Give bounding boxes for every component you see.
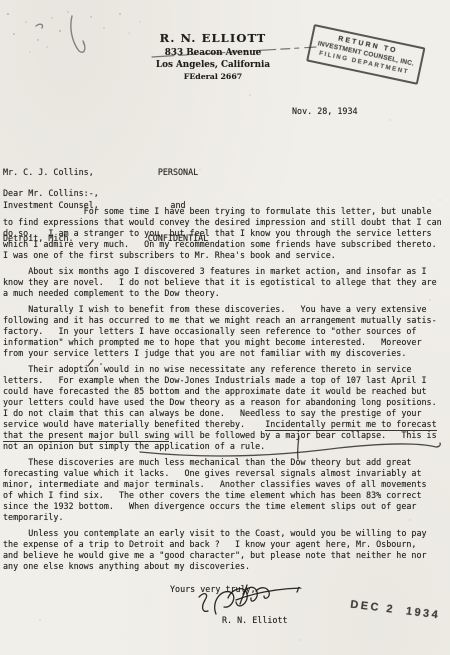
body-text: Naturally I wish to benefit from these d… <box>3 304 427 314</box>
recipient-line1: Mr. C. J. Collins, <box>3 167 99 178</box>
received-date-stamp: DEC 2 1934 <box>350 599 441 622</box>
body-text: from your service letters I judge that y… <box>3 348 406 358</box>
body-line: the expense of a trip to Detroit and bac… <box>3 539 449 550</box>
typed-signature: R. N. Elliott <box>222 615 288 626</box>
body-text: your letters could have used the Dow the… <box>3 397 437 407</box>
body-text: forecasting value which it lacks. One gi… <box>3 468 422 478</box>
body-text: to find expressions that would convey th… <box>3 217 442 227</box>
body-text: following and it has occurred to me that… <box>3 315 437 325</box>
body-text: service would have materially benefited … <box>3 419 265 429</box>
body-line: information" which prompted me to hope t… <box>3 337 449 348</box>
paragraph: For some time I have been trying to form… <box>3 206 449 261</box>
body-text: a much needed complement to the Dow theo… <box>3 288 220 298</box>
body-line: could have forecasted the 85 bottom and … <box>3 386 449 397</box>
body-line: that the present major bull swing will b… <box>3 430 449 441</box>
letterhead: R. N. ELLIOTT 833 Beacon Avenue Los Ange… <box>138 31 288 82</box>
confidential-line1: PERSONAL <box>143 167 213 178</box>
body-text: know they are novel. I do not believe th… <box>3 277 437 287</box>
body-line: These discoveries are much less mechanic… <box>3 457 449 468</box>
body-text: factory. In your letters I have occasion… <box>3 326 416 336</box>
body-line: Unless you contemplate an early visit to… <box>3 528 449 539</box>
paragraph: These discoveries are much less mechanic… <box>3 457 449 523</box>
letterhead-name: R. N. ELLIOTT <box>138 31 288 45</box>
body-line: I do not claim that this can always be d… <box>3 408 449 419</box>
body-text: do so. I am a stranger to you, but feel … <box>3 228 432 238</box>
body-line: temporarily. <box>3 512 449 523</box>
body-line: any one else knows anything about my dis… <box>3 561 449 572</box>
body-line: your letters could have used the Dow the… <box>3 397 449 408</box>
body-text: I do not claim that this can always be d… <box>3 408 422 418</box>
body-text: not an opinion but simply the applicatio… <box>3 441 265 451</box>
body-line: not an opinion but simply the applicatio… <box>3 441 449 452</box>
body-text: any one else knows anything about my dis… <box>3 561 250 571</box>
body-line: from your service letters I judge that y… <box>3 348 449 359</box>
letterhead-address-line1: 833 Beacon Avenue <box>138 48 288 60</box>
underlined-text: that the present major bull swing <box>3 430 169 442</box>
body-line: I was one of the first subscribers to Mr… <box>3 250 449 261</box>
body-line: of which I find six. The other covers th… <box>3 490 449 501</box>
paragraph: Unless you contemplate an early visit to… <box>3 528 449 572</box>
body-text: temporarily. <box>3 512 64 522</box>
body-line: About six months ago I discovered 3 feat… <box>3 266 449 277</box>
body-text: minor, intermediate and major terminals.… <box>3 479 427 489</box>
pencil-scribble-topleft <box>36 16 85 52</box>
body-text: of which I find six. The other covers th… <box>3 490 422 500</box>
paragraph: About six months ago I discovered 3 feat… <box>3 266 449 299</box>
letter-body: For some time I have been trying to form… <box>3 206 449 577</box>
body-text: letters. For example when the Dow-Jones … <box>3 375 427 385</box>
body-text: These discoveries are much less mechanic… <box>3 457 411 467</box>
date-line: Nov. 28, 1934 <box>292 106 358 117</box>
body-text: information" which prompted me to hope t… <box>3 337 422 347</box>
body-text: and believe he would give me a "good cha… <box>3 550 427 560</box>
body-text: I was one of the first subscribers to Mr… <box>3 250 336 260</box>
body-text: will be followed by a major bear collaps… <box>169 430 436 440</box>
letter-page: R. N. ELLIOTT 833 Beacon Avenue Los Ange… <box>0 0 450 655</box>
letterhead-phone: FEderal 2667 <box>138 71 288 82</box>
paragraph: Naturally I wish to benefit from these d… <box>3 304 449 359</box>
body-text: since the 1932 bottom. When divergence o… <box>3 501 416 511</box>
body-line: factory. In your letters I have occasion… <box>3 326 449 337</box>
body-line: and believe he would give me a "good cha… <box>3 550 449 561</box>
body-line: Naturally I wish to benefit from these d… <box>3 304 449 315</box>
body-line: forecasting value which it lacks. One gi… <box>3 468 449 479</box>
body-text: For some time I have been trying to form… <box>3 206 432 216</box>
body-line: letters. For example when the Dow-Jones … <box>3 375 449 386</box>
body-line: which I admire very much. On my recommen… <box>3 239 449 250</box>
body-line: Their adoption would in no wise necessit… <box>3 364 449 375</box>
body-line: a much needed complement to the Dow theo… <box>3 288 449 299</box>
body-line: following and it has occurred to me that… <box>3 315 449 326</box>
body-line: minor, intermediate and major terminals.… <box>3 479 449 490</box>
body-line: For some time I have been trying to form… <box>3 206 449 217</box>
underlined-text: Incidentally permit me to forecast <box>265 419 436 431</box>
body-text: could have forecasted the 85 bottom and … <box>3 386 427 396</box>
body-text: Unless you contemplate an early visit to… <box>3 528 427 538</box>
valediction: Yours very truly, <box>170 584 256 595</box>
body-text: which I admire very much. On my recommen… <box>3 239 437 249</box>
paragraph: Their adoption would in no wise necessit… <box>3 364 449 452</box>
body-line: to find expressions that would convey th… <box>3 217 449 228</box>
body-line: since the 1932 bottom. When divergence o… <box>3 501 449 512</box>
return-stamp: RETURN TO INVESTMENT COUNSEL, INC. FILIN… <box>306 24 425 85</box>
letterhead-address-line2: Los Angeles, California <box>138 60 288 72</box>
body-text: Their adoption would in no wise necessit… <box>3 364 411 374</box>
body-text: the expense of a trip to Detroit and bac… <box>3 539 416 549</box>
body-line: do so. I am a stranger to you, but feel … <box>3 228 449 239</box>
body-line: know they are novel. I do not believe th… <box>3 277 449 288</box>
salutation: Dear Mr. Collins:-, <box>3 188 99 199</box>
body-line: service would have materially benefited … <box>3 419 449 430</box>
body-text: About six months ago I discovered 3 feat… <box>3 266 427 276</box>
